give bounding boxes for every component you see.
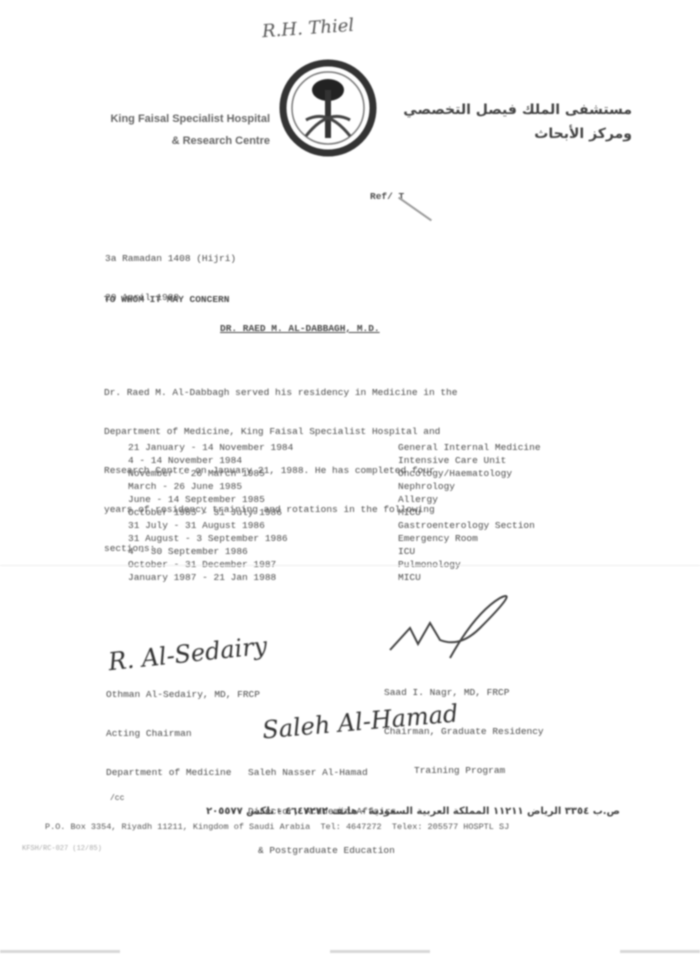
rotation-section: Allergy <box>398 493 438 506</box>
scan-fold-line <box>0 565 700 566</box>
subject-line: DR. RAED M. AL-DABBAGH, M.D. <box>220 322 380 335</box>
rotation-section: Emergency Room <box>398 532 478 545</box>
letterhead-arabic-line1: مستشفى الملك فيصل التخصصي <box>392 98 632 122</box>
rotation-section: ICU <box>398 545 415 558</box>
rotation-period: March - 26 June 1985 <box>128 480 398 493</box>
rotation-table: 21 January - 14 November 1984General Int… <box>128 441 541 584</box>
rotation-section: Intensive Care Unit <box>398 454 506 467</box>
signatory-1-block: Othman Al-Sedairy, MD, FRCP Acting Chair… <box>106 662 260 792</box>
rotation-period: 31 August - 3 September 1986 <box>128 532 398 545</box>
rotation-period: June - 14 September 1985 <box>128 493 398 506</box>
rotation-row: January 1987 - 21 Jan 1988MICU <box>128 571 541 584</box>
rotation-section: MICU <box>398 506 421 519</box>
date-hijri: 3a Ramadan 1408 (Hijri) <box>105 252 236 265</box>
handwritten-note: R.H. Thiel <box>261 15 354 42</box>
signatory-1-title1: Acting Chairman <box>106 727 260 740</box>
signatory-1-title2: Department of Medicine <box>106 766 260 779</box>
rotation-row: 4 - 14 November 1984Intensive Care Unit <box>128 454 541 467</box>
body-line: Dr. Raed M. Al-Dabbagh served his reside… <box>104 386 457 399</box>
rotation-period: January 1987 - 21 Jan 1988 <box>128 571 398 584</box>
rotation-period: October 1985 - 31 July 1986 <box>128 506 398 519</box>
rotation-row: 31 July - 31 August 1986Gastroenterology… <box>128 519 541 532</box>
signatory-1-name: Othman Al-Sedairy, MD, FRCP <box>106 688 260 701</box>
rotation-section: Nephrology <box>398 480 455 493</box>
footer-english: P.O. Box 3354, Riyadh 11211, Kingdom of … <box>45 822 509 832</box>
rotation-section: Oncology/Haematology <box>398 467 512 480</box>
rotation-row: 4 - 30 September 1986ICU <box>128 545 541 558</box>
rotation-row: 21 January - 14 November 1984General Int… <box>128 441 541 454</box>
rotation-period: 21 January - 14 November 1984 <box>128 441 398 454</box>
letterhead-english-line2: & Research Centre <box>40 130 270 152</box>
letterhead-english: King Faisal Specialist Hospital & Resear… <box>40 108 270 152</box>
rotation-section: MICU <box>398 571 421 584</box>
body-line: Department of Medicine, King Faisal Spec… <box>104 425 457 438</box>
scan-edge <box>330 950 430 953</box>
signatory-3-name: Saleh Nasser Al-Hamad <box>248 766 396 779</box>
rotation-row: 31 August - 3 September 1986Emergency Ro… <box>128 532 541 545</box>
form-code: KFSH/RC-027 (12/85) <box>22 845 102 853</box>
rotation-row: November - 26 March 1985Oncology/Haemato… <box>128 467 541 480</box>
rotation-row: October 1985 - 31 July 1986MICU <box>128 506 541 519</box>
rotation-period: 4 - 30 September 1986 <box>128 545 398 558</box>
letterhead-english-line1: King Faisal Specialist Hospital <box>40 108 270 130</box>
rotation-row: March - 26 June 1985Nephrology <box>128 480 541 493</box>
letterhead-arabic-line2: ومركز الأبحاث <box>392 122 632 146</box>
signatory-2-title2: Training Program <box>384 764 544 777</box>
rotation-row: June - 14 September 1985Allergy <box>128 493 541 506</box>
pen-stroke <box>398 197 432 222</box>
palm-tree-seal-icon <box>278 58 378 158</box>
signatory-3-title2: & Postgraduate Education <box>248 844 396 857</box>
scan-edge <box>0 950 120 953</box>
rotation-period: November - 26 March 1985 <box>128 467 398 480</box>
signatory-2-name: Saad I. Nagr, MD, FRCP <box>384 686 544 699</box>
footer-arabic: ص.ب ٣٣٥٤ الرياض ١١٢١١ المملكة العربية ال… <box>40 806 620 817</box>
salutation: TO WHOM IT MAY CONCERN <box>104 293 229 306</box>
rotation-section: Gastroenterology Section <box>398 519 535 532</box>
rotation-period: 31 July - 31 August 1986 <box>128 519 398 532</box>
cc-mark: /cc <box>110 792 124 805</box>
scan-edge <box>620 950 700 953</box>
signatory-3-block: Saleh Nasser Al-Hamad Director, Academic… <box>248 740 396 870</box>
rotation-section: General Internal Medicine <box>398 441 541 454</box>
rotation-period: 4 - 14 November 1984 <box>128 454 398 467</box>
letterhead-arabic: مستشفى الملك فيصل التخصصي ومركز الأبحاث <box>392 98 632 146</box>
